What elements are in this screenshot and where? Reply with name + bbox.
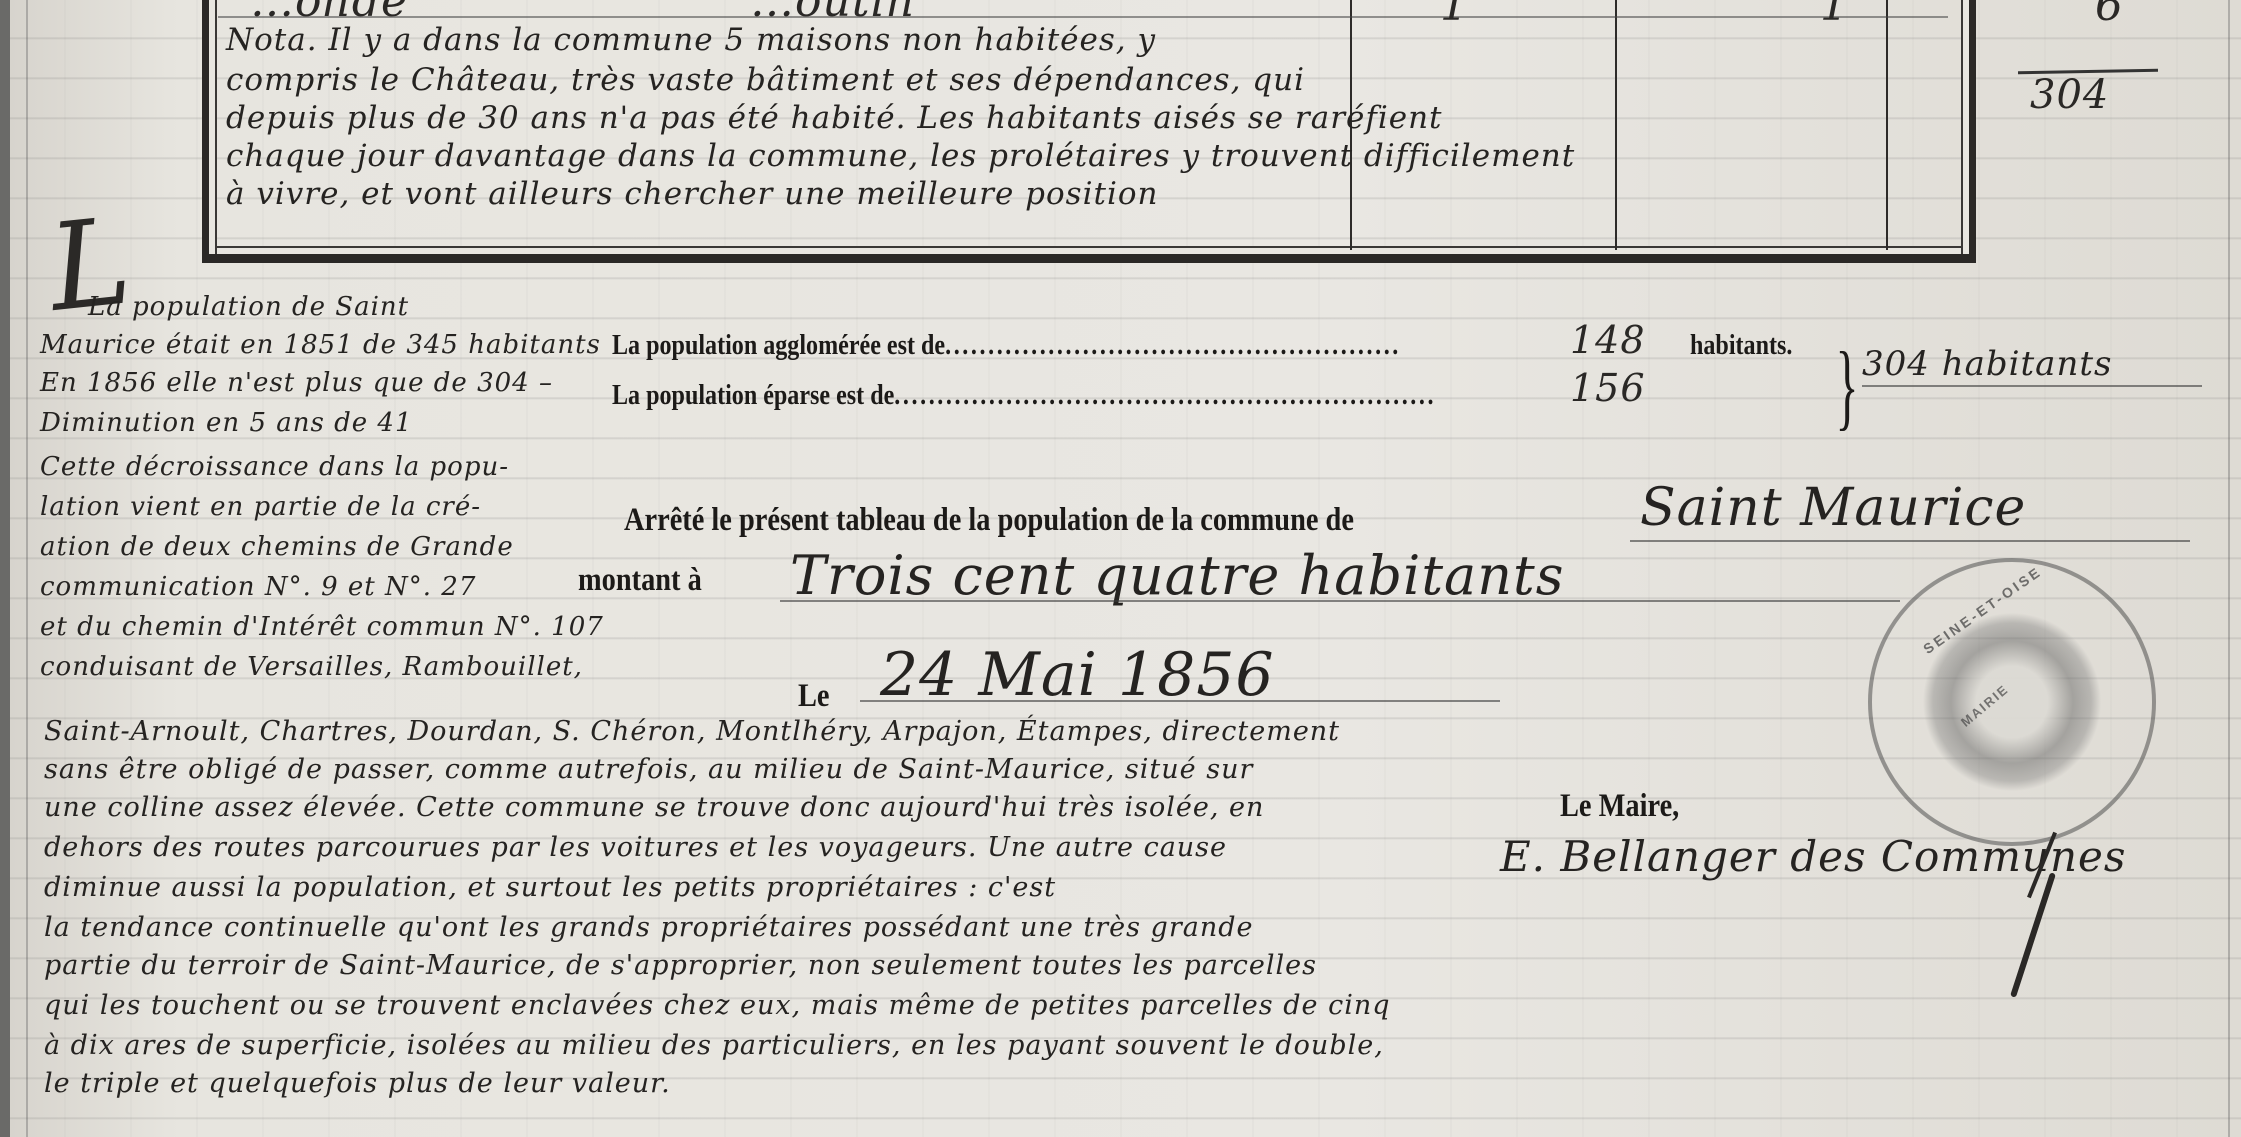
body-note-line: dehors des routes parcourues par les voi… — [44, 832, 1227, 863]
habitants-label: habitants. — [1690, 330, 1792, 362]
commune-name: Saint Maurice — [1640, 478, 2026, 538]
document-page: …ohde …outin 1 1 6 304 Nota. Il y a dans… — [0, 0, 2241, 1137]
nota-line: à vivre, et vont ailleurs chercher une m… — [226, 176, 1159, 212]
margin-note-line: Cette décroissance dans la popu- — [40, 452, 509, 482]
maire-title: Le Maire, — [1560, 788, 1679, 825]
body-note-line: la tendance continuelle qu'ont les grand… — [44, 912, 1254, 943]
nota-line: chaque jour davantage dans la commune, l… — [226, 138, 1575, 174]
grouping-brace: } — [1836, 330, 1859, 441]
maire-signature: E. Bellanger des Communes — [1500, 832, 2126, 881]
eparse-label: La population éparse est de — [612, 380, 894, 411]
column-divider — [1886, 0, 1888, 250]
agglomeree-label: La population agglomérée est de — [612, 330, 945, 361]
nota-line: Nota. Il y a dans la commune 5 maisons n… — [226, 22, 1156, 58]
body-note-line: à dix ares de superficie, isolées au mil… — [44, 1030, 1384, 1061]
margin-note-line: communication N°. 9 et N°. 27 — [40, 572, 476, 602]
agglomeree-value: 148 — [1570, 318, 1646, 362]
margin-note-line: Diminution en 5 ans de 41 — [40, 408, 412, 438]
commune-underline — [1630, 540, 2190, 542]
agglomeree-row: La population agglomérée est de.........… — [612, 330, 1401, 362]
nota-line: compris le Château, très vaste bâtiment … — [226, 62, 1305, 98]
total-population-note: 304 habitants — [1862, 344, 2112, 384]
amount-underline — [780, 600, 1900, 602]
margin-note-line: conduisant de Versailles, Rambouillet, — [40, 652, 583, 682]
margin-rule-right — [2228, 0, 2230, 1137]
margin-rule — [26, 0, 28, 1137]
count-col-a: 1 — [1440, 0, 1469, 31]
official-seal: SEINE-ET-OISE MAIRIE — [1868, 558, 2156, 846]
body-note-line: sans être obligé de passer, comme autref… — [44, 754, 1253, 785]
count-col-c: 6 — [2095, 0, 2124, 31]
margin-note-line: En 1856 elle n'est plus que de 304 – — [40, 368, 553, 398]
amount-in-words: Trois cent quatre habitants — [790, 544, 1564, 607]
body-note-line: diminue aussi la population, et surtout … — [44, 872, 1056, 903]
eparse-value: 156 — [1570, 366, 1646, 410]
date-underline — [860, 700, 1500, 702]
arrete-label: Arrêté le présent tableau de la populati… — [624, 502, 1354, 539]
total-underline — [1862, 385, 2202, 387]
margin-note-line: ation de deux chemins de Grande — [40, 532, 514, 562]
table-total: 304 — [2030, 72, 2109, 118]
leader-dots: ........................................… — [894, 380, 1436, 411]
montant-label: montant à — [578, 562, 702, 599]
margin-note-line: La population de Saint — [88, 292, 409, 322]
margin-note-line: Maurice était en 1851 de 345 habitants — [40, 330, 601, 360]
date-label: Le — [798, 678, 830, 715]
body-note-line: Saint-Arnoult, Chartres, Dourdan, S. Ché… — [44, 716, 1340, 747]
body-note-line: une colline assez élevée. Cette commune … — [44, 792, 1264, 823]
row-rule — [218, 16, 1948, 18]
margin-note-line: lation vient en partie de la cré- — [40, 492, 481, 522]
eparse-row: La population éparse est de.............… — [612, 380, 1436, 412]
count-col-b: 1 — [1820, 0, 1849, 31]
leader-dots: ........................................… — [945, 330, 1401, 361]
nota-line: depuis plus de 30 ans n'a pas été habité… — [226, 100, 1443, 136]
binding-edge — [0, 0, 10, 1137]
body-note-line: qui les touchent ou se trouvent enclavée… — [44, 990, 1391, 1021]
margin-note-line: et du chemin d'Intérêt commun N°. 107 — [40, 612, 604, 642]
body-note-line: le triple et quelquefois plus de leur va… — [44, 1068, 671, 1099]
column-divider — [1615, 0, 1617, 250]
body-note-line: partie du terroir de Saint-Maurice, de s… — [44, 950, 1317, 981]
